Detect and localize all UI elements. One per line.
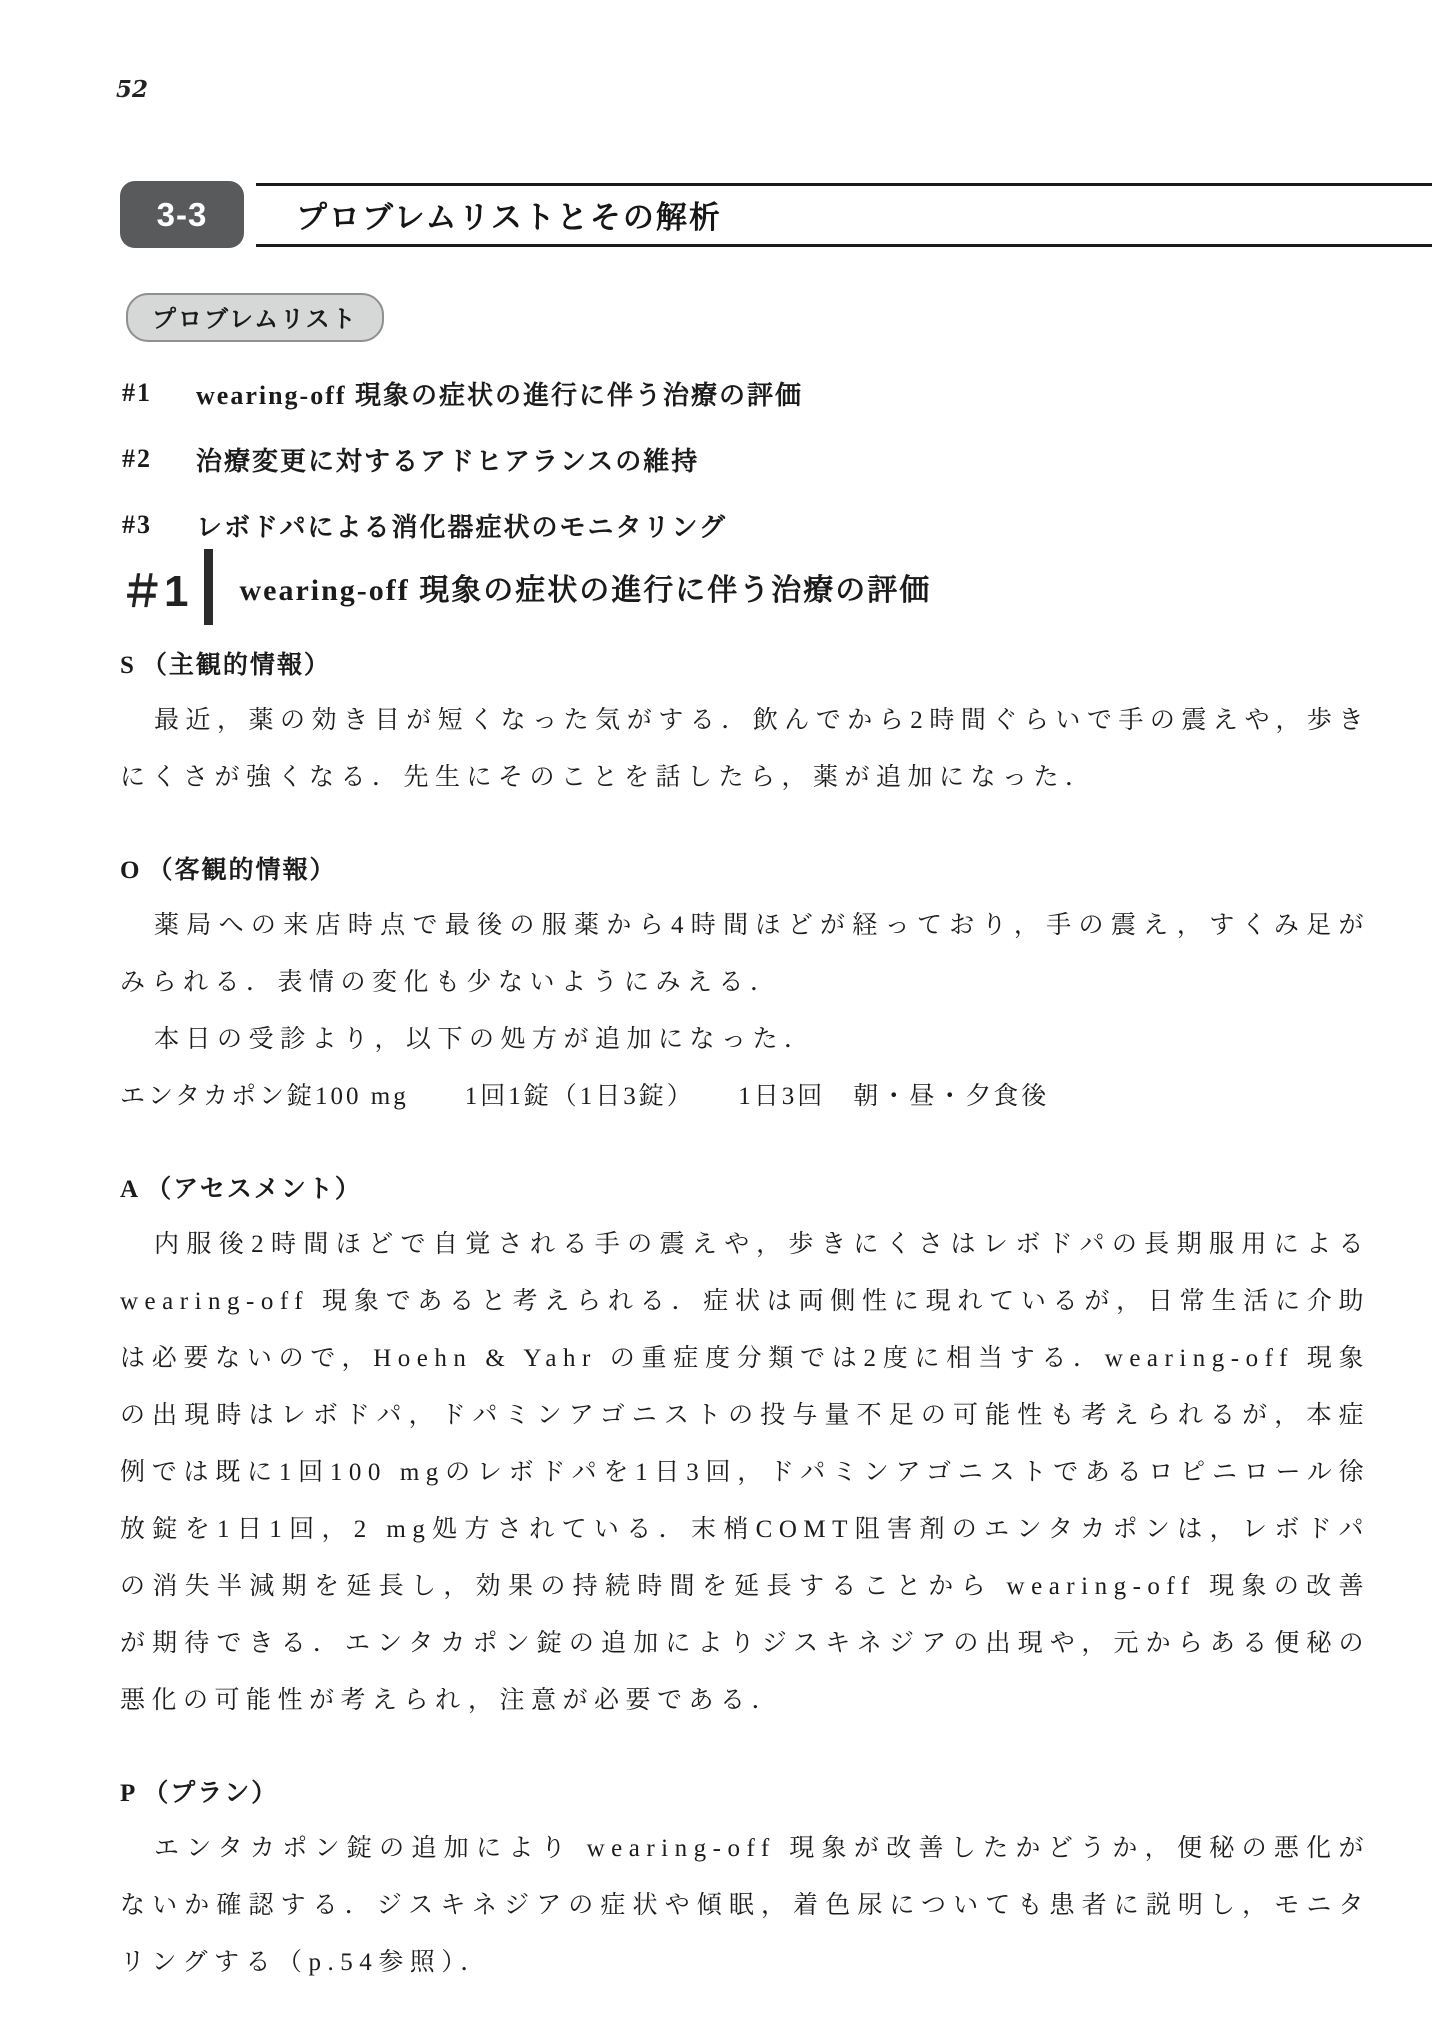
- problem-item-number: #3: [122, 510, 196, 540]
- soap-heading-o: O（客観的情報）: [120, 850, 1370, 891]
- page-number: 52: [116, 76, 148, 103]
- problem-item-text: wearing-off 現象の症状の進行に伴う治療の評価: [196, 375, 803, 412]
- problem-list-item: #1 wearing-off 現象の症状の進行に伴う治療の評価: [122, 360, 1362, 426]
- prescription-line: エンタカポン錠100 mg 1回1錠（1日3錠） 1日3回 朝・昼・夕食後: [120, 1068, 1370, 1125]
- problem-list-label: プロブレムリスト: [126, 293, 384, 342]
- soap-heading-p: P（プラン）: [120, 1773, 1370, 1814]
- section-header: 3-3 プロブレムリストとその解析: [120, 181, 1432, 248]
- soap-label-p: （プラン）: [143, 1779, 278, 1807]
- soap-o-paragraph-1: 薬局への来店時点で最後の服薬から4時間ほどが経っており，手の震え，すくみ足がみら…: [120, 897, 1370, 1011]
- vertical-divider: [204, 549, 213, 625]
- soap-heading-a: A（アセスメント）: [120, 1169, 1370, 1210]
- problem-item-text: レボドパによる消化器症状のモニタリング: [196, 507, 727, 544]
- problem-list-item: #2 治療変更に対するアドヒアランスの維持: [122, 426, 1362, 492]
- soap-s-paragraph: 最近，薬の効き目が短くなった気がする．飲んでから2時間ぐらいで手の震えや，歩きに…: [120, 692, 1370, 806]
- problem-item-number: #2: [122, 444, 196, 474]
- soap-section-plan: P（プラン） エンタカポン錠の追加により wearing-off 現象が改善した…: [120, 1773, 1370, 1991]
- soap-a-paragraph: 内服後2時間ほどで自覚される手の震えや，歩きにくさはレボドパの長期服用によるwe…: [120, 1216, 1370, 1729]
- section-title: プロブレムリストとその解析: [256, 192, 722, 237]
- section-number-badge: 3-3: [120, 181, 244, 248]
- soap-note: S（主観的情報） 最近，薬の効き目が短くなった気がする．飲んでから2時間ぐらいで…: [120, 645, 1370, 1991]
- soap-letter-p: P: [120, 1780, 137, 1807]
- soap-section-subjective: S（主観的情報） 最近，薬の効き目が短くなった気がする．飲んでから2時間ぐらいで…: [120, 645, 1370, 806]
- problem-item-number: #1: [122, 378, 196, 408]
- soap-p-paragraph: エンタカポン錠の追加により wearing-off 現象が改善したかどうか，便秘…: [120, 1820, 1370, 1991]
- document-page: 52 3-3 プロブレムリストとその解析 プロブレムリスト #1 wearing…: [0, 0, 1432, 2026]
- soap-section-objective: O（客観的情報） 薬局への来店時点で最後の服薬から4時間ほどが経っており，手の震…: [120, 850, 1370, 1125]
- problem-item-text: 治療変更に対するアドヒアランスの維持: [196, 441, 699, 478]
- section-title-band: プロブレムリストとその解析: [256, 183, 1432, 247]
- problem-detail-title: wearing-off 現象の症状の進行に伴う治療の評価: [239, 565, 931, 609]
- soap-o-paragraph-2: 本日の受診より，以下の処方が追加になった．: [120, 1011, 1370, 1068]
- problem-detail-heading: ＃1 wearing-off 現象の症状の進行に伴う治療の評価: [120, 549, 931, 625]
- problem-detail-number: ＃1: [120, 555, 188, 619]
- soap-heading-s: S（主観的情報）: [120, 645, 1370, 686]
- soap-section-assessment: A（アセスメント） 内服後2時間ほどで自覚される手の震えや，歩きにくさはレボドパ…: [120, 1169, 1370, 1729]
- soap-label-o: （客観的情報）: [147, 856, 336, 884]
- soap-label-s: （主観的情報）: [142, 651, 331, 679]
- soap-letter-s: S: [120, 652, 136, 679]
- soap-letter-a: A: [120, 1176, 140, 1203]
- soap-label-a: （アセスメント）: [146, 1175, 362, 1203]
- soap-letter-o: O: [120, 857, 141, 884]
- problem-list: #1 wearing-off 現象の症状の進行に伴う治療の評価 #2 治療変更に…: [122, 360, 1362, 558]
